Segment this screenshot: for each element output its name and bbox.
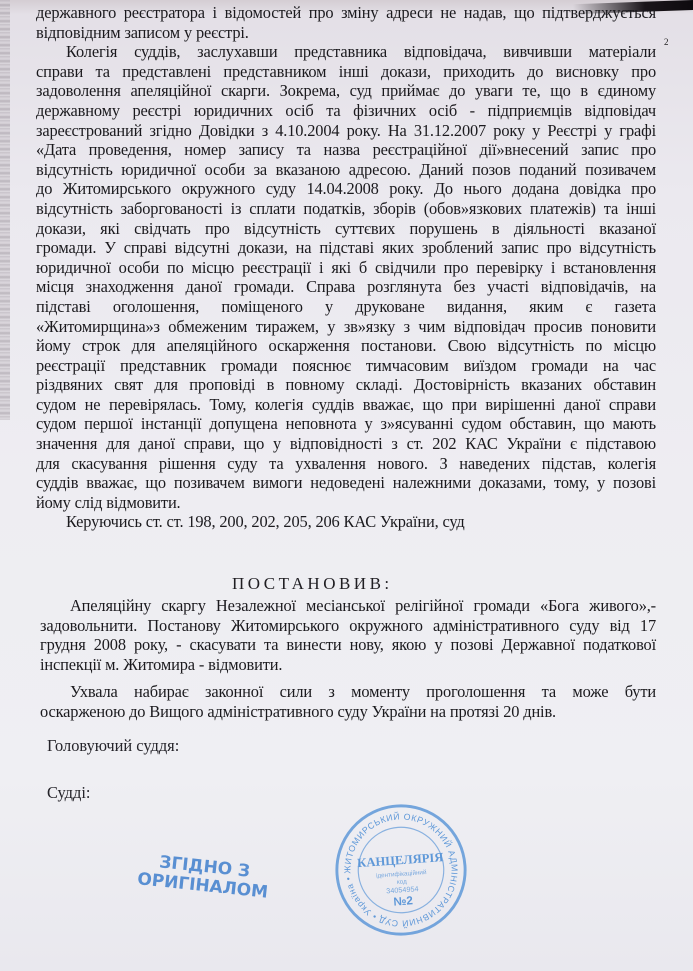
text-line: відсутність юридичної особи за вказаною … xyxy=(36,160,656,180)
text-line: для скасування рішення суду та ухвалення… xyxy=(36,454,656,474)
text-line: державному реєстрі юридичних осіб та фіз… xyxy=(36,101,656,121)
text-line: судом не перевірялась. Тому, колегія суд… xyxy=(36,395,656,415)
text-line: докази, які свідчать про відсутність сут… xyxy=(36,219,656,239)
seal-icon: ЖИТОМИРСЬКИЙ ОКРУЖНИЙ АДМІНІСТРАТИВНИЙ С… xyxy=(328,797,473,942)
text-line: зареєстрований згідно Довідки з 4.10.200… xyxy=(36,121,656,141)
document-body: державного реєстратора і відомостей про … xyxy=(36,3,656,532)
text-line: державного реєстратора і відомостей про … xyxy=(36,3,656,23)
text-line: різдвяних свят для проповіді в повному с… xyxy=(36,375,656,395)
svg-text:№2: №2 xyxy=(393,894,414,908)
text-line: грудня 2008 року, - скасувати та винести… xyxy=(40,635,656,655)
text-line: до Житомирського окружного суду 14.04.20… xyxy=(36,179,656,199)
judges-label: Судді: xyxy=(47,783,90,803)
text-line: йому слід відмовити. xyxy=(36,493,656,513)
text-line: Керуючись ст. ст. 198, 200, 202, 205, 20… xyxy=(36,512,656,532)
text-line: задовольнити. Постанову Житомирського ок… xyxy=(40,616,656,636)
text-line: юридичної особи по місцю реєстрації і як… xyxy=(36,258,656,278)
text-line: реєстрації представник громади пояснює т… xyxy=(36,356,656,376)
text-line: Колегія суддів, заслухавши представника … xyxy=(36,42,656,62)
page-left-edge xyxy=(0,0,10,420)
text-line: місця знаходження даної громади. Справа … xyxy=(36,277,656,297)
copy-certified-stamp: ЗГІДНО З ОРИГІНАЛОМ xyxy=(136,851,270,903)
text-line: судом першої інстанції допущена неповнот… xyxy=(36,414,656,434)
text-line: задоволення апеляційної скарги. Зокрема,… xyxy=(36,81,656,101)
svg-text:КАНЦЕЛЯРІЯ: КАНЦЕЛЯРІЯ xyxy=(357,850,444,870)
text-line: відповідним записом у реєстрі. xyxy=(36,23,656,43)
text-line: громади. У справі відсутні докази, на пі… xyxy=(36,238,656,258)
presiding-judge-label: Головуючий суддя: xyxy=(47,736,179,756)
page-number: 2 xyxy=(664,37,669,47)
resolution-body: Апеляційну скаргу Незалежної месіанської… xyxy=(40,596,656,722)
text-line: підставі оголошення, поміщеного у друков… xyxy=(36,297,656,317)
text-line: Ухвала набирає законної сили з моменту п… xyxy=(40,682,656,702)
text-line: «Дата проведення, номер запису та назва … xyxy=(36,140,656,160)
text-line: значення для даної справи, що у відповід… xyxy=(36,434,656,454)
resolution-heading: ПОСТАНОВИВ: xyxy=(232,574,393,594)
text-line: відсутність заборгованості із сплати под… xyxy=(36,199,656,219)
text-line: Апеляційну скаргу Незалежної месіанської… xyxy=(40,596,656,616)
text-line: оскарженою до Вищого адміністративного с… xyxy=(40,702,656,722)
text-line: інспекції м. Житомира - відмовити. xyxy=(40,655,656,675)
svg-text:34054954: 34054954 xyxy=(386,884,419,895)
paragraph-gap xyxy=(40,674,656,682)
text-line: «Житомирщина»з обмеженим тиражем, у зв»я… xyxy=(36,317,656,337)
text-line: суддів вважає, що позивачем вимоги недов… xyxy=(36,473,656,493)
text-line: йому строк для апеляційного оскарження п… xyxy=(36,336,656,356)
court-seal: ЖИТОМИРСЬКИЙ ОКРУЖНИЙ АДМІНІСТРАТИВНИЙ С… xyxy=(328,797,473,942)
text-line: справи та представлені представником інш… xyxy=(36,62,656,82)
